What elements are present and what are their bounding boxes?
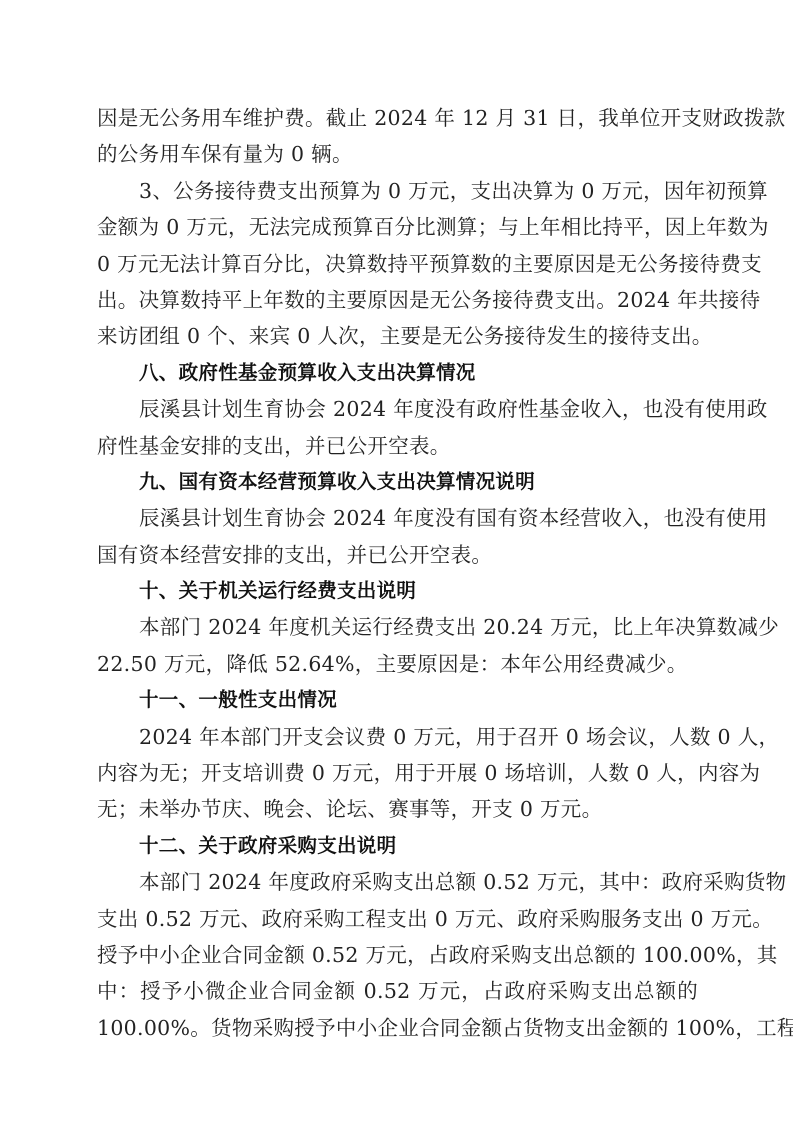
paragraph-reception-expense: 3、公务接待费支出预算为 0 万元，支出决算为 0 万元，因年初预算 金额为 0… [97,173,698,355]
text-line: 内容为无；开支培训费 0 万元，用于开展 0 场培训，人数 0 人，内容为 [97,755,698,791]
text-line: 22.50 万元，降低 52.64%，主要原因是：本年公用经费减少。 [97,646,698,682]
text-line: 授予中小企业合同金额 0.52 万元，占政府采购支出总额的 100.00%，其 [97,937,698,973]
section-heading-8: 八、政府性基金预算收入支出决算情况 [97,355,698,391]
section-heading-11: 十一、一般性支出情况 [97,682,698,718]
text-line: 来访团组 0 个、来宾 0 人次，主要是无公务接待发生的接待支出。 [97,318,698,354]
paragraph-procurement: 本部门 2024 年度政府采购支出总额 0.52 万元，其中：政府采购货物 支出… [97,864,698,1046]
text-line: 本部门 2024 年度机关运行经费支出 20.24 万元，比上年决算数减少 [97,609,698,645]
text-line: 无；未举办节庆、晚会、论坛、赛事等，开支 0 万元。 [97,791,698,827]
paragraph-government-fund: 辰溪县计划生育协会 2024 年度没有政府性基金收入，也没有使用政 府性基金安排… [97,391,698,464]
paragraph-state-capital: 辰溪县计划生育协会 2024 年度没有国有资本经营收入，也没有使用 国有资本经营… [97,500,698,573]
text-line: 国有资本经营安排的支出，并已公开空表。 [97,537,698,573]
text-line: 2024 年本部门开支会议费 0 万元，用于召开 0 场会议，人数 0 人， [97,719,698,755]
paragraph-vehicle-continuation: 因是无公务用车维护费。截止 2024 年 12 月 31 日，我单位开支财政拨款… [97,100,698,173]
text-line: 辰溪县计划生育协会 2024 年度没有国有资本经营收入，也没有使用 [97,500,698,536]
text-line: 因是无公务用车维护费。截止 2024 年 12 月 31 日，我单位开支财政拨款 [97,100,698,136]
text-line: 本部门 2024 年度政府采购支出总额 0.52 万元，其中：政府采购货物 [97,864,698,900]
section-heading-10: 十、关于机关运行经费支出说明 [97,573,698,609]
text-line: 出。决算数持平上年数的主要原因是无公务接待费支出。2024 年共接待 [97,282,698,318]
text-line: 支出 0.52 万元、政府采购工程支出 0 万元、政府采购服务支出 0 万元。 [97,901,698,937]
text-line: 金额为 0 万元，无法完成预算百分比测算；与上年相比持平，因上年数为 [97,209,698,245]
text-line: 中：授予小微企业合同金额 0.52 万元，占政府采购支出总额的 [97,973,698,1009]
text-line: 3、公务接待费支出预算为 0 万元，支出决算为 0 万元，因年初预算 [97,173,698,209]
section-heading-9: 九、国有资本经营预算收入支出决算情况说明 [97,464,698,500]
text-line: 的公务用车保有量为 0 辆。 [97,136,698,172]
paragraph-operating-expense: 本部门 2024 年度机关运行经费支出 20.24 万元，比上年决算数减少 22… [97,609,698,682]
paragraph-general-expense: 2024 年本部门开支会议费 0 万元，用于召开 0 场会议，人数 0 人， 内… [97,719,698,828]
document-page: 因是无公务用车维护费。截止 2024 年 12 月 31 日，我单位开支财政拨款… [97,100,698,1046]
text-line: 0 万元无法计算百分比，决算数持平预算数的主要原因是无公务接待费支 [97,246,698,282]
text-line: 辰溪县计划生育协会 2024 年度没有政府性基金收入，也没有使用政 [97,391,698,427]
text-line: 100.00%。货物采购授予中小企业合同金额占货物支出金额的 100%，工程 [97,1010,698,1046]
section-heading-12: 十二、关于政府采购支出说明 [97,828,698,864]
text-line: 府性基金安排的支出，并已公开空表。 [97,428,698,464]
